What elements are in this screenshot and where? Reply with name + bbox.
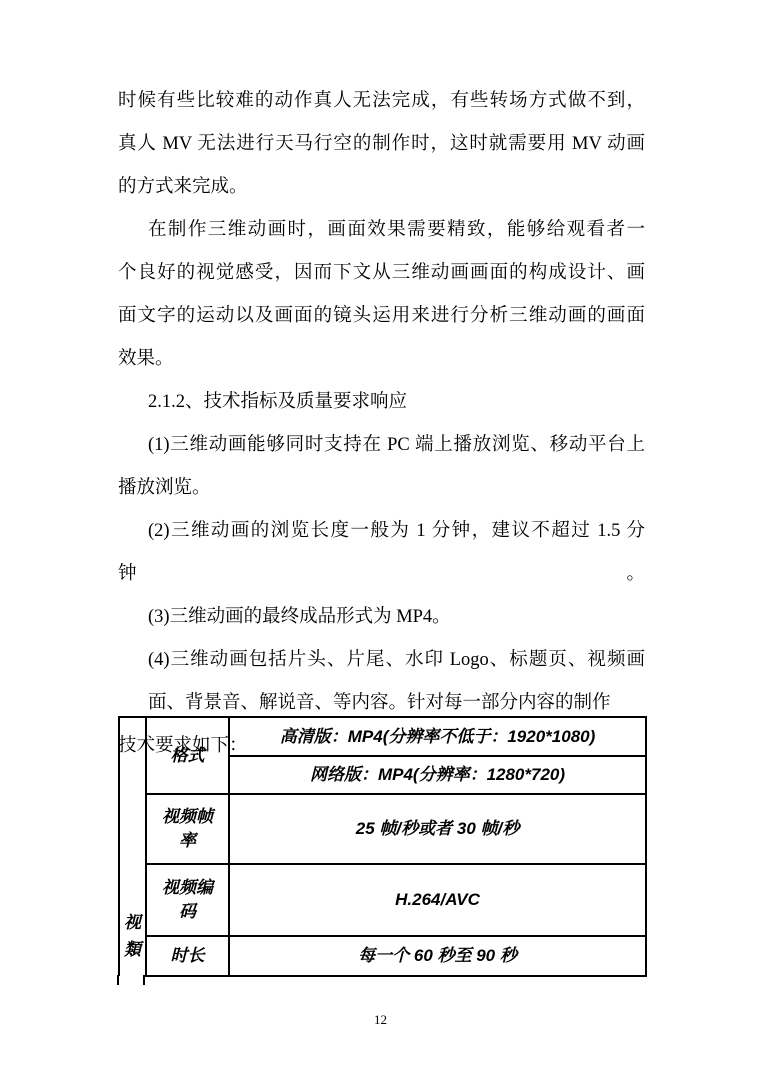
format-web-cell: 网络版：MP4(分辨率：1280*720) bbox=[229, 756, 646, 794]
text-line: (2)三维动画的浏览长度一般为 1 分钟，建议不超过 1.5 分钟。 bbox=[118, 510, 645, 596]
text-line: 时候有些比较难的动作真人无法完成，有些转场方式做不到， bbox=[118, 80, 645, 123]
body-text: 时候有些比较难的动作真人无法完成，有些转场方式做不到， 真人 MV 无法进行天马… bbox=[118, 80, 645, 768]
codec-label-cell: 视频编码 bbox=[146, 864, 229, 936]
duration-value-cell: 每一个 60 秒至 90 秒 bbox=[229, 936, 646, 976]
format-label-cell: 格式 bbox=[146, 717, 229, 794]
category-text: 视類 bbox=[123, 909, 143, 963]
section-heading: 2.1.2、技术指标及质量要求响应 bbox=[118, 381, 645, 424]
table-continuation-border-divider bbox=[143, 975, 145, 985]
format-hd-cell: 高清版：MP4(分辨率不低于：1920*1080) bbox=[229, 717, 646, 756]
spec-table: 视類 格式 高清版：MP4(分辨率不低于：1920*1080) 网络版：MP4(… bbox=[118, 716, 647, 977]
text-line: 的方式来完成。 bbox=[118, 166, 645, 209]
text-line: 个良好的视觉感受，因而下文从三维动画画面的构成设计、画 bbox=[118, 252, 645, 295]
framerate-label-cell: 视频帧率 bbox=[146, 794, 229, 864]
text-line: (4)三维动画包括片头、片尾、水印 Logo、标题页、视频画 bbox=[118, 639, 645, 682]
text-line: 面文字的运动以及画面的镜头运用来进行分析三维动画的画面 bbox=[118, 295, 645, 338]
table-continuation-border-left bbox=[117, 975, 119, 985]
category-cell: 视類 bbox=[119, 717, 146, 976]
codec-value-cell: H.264/AVC bbox=[229, 864, 646, 936]
duration-label-cell: 时长 bbox=[146, 936, 229, 976]
text-line: 真人 MV 无法进行天马行空的制作时，这时就需要用 MV 动画 bbox=[118, 123, 645, 166]
text-line: (3)三维动画的最终成品形式为 MP4。 bbox=[118, 596, 645, 639]
framerate-value-cell: 25 帧/秒或者 30 帧/秒 bbox=[229, 794, 646, 864]
text-line: 播放浏览。 bbox=[118, 467, 645, 510]
text-line: 在制作三维动画时，画面效果需要精致，能够给观看者一 bbox=[118, 209, 645, 252]
document-page: 时候有些比较难的动作真人无法完成，有些转场方式做不到， 真人 MV 无法进行天马… bbox=[0, 0, 761, 1077]
text-line: 效果。 bbox=[118, 338, 645, 381]
text-line: (1)三维动画能够同时支持在 PC 端上播放浏览、移动平台上 bbox=[118, 424, 645, 467]
page-number: 12 bbox=[374, 1012, 387, 1027]
page-footer: 12 bbox=[0, 1012, 761, 1028]
